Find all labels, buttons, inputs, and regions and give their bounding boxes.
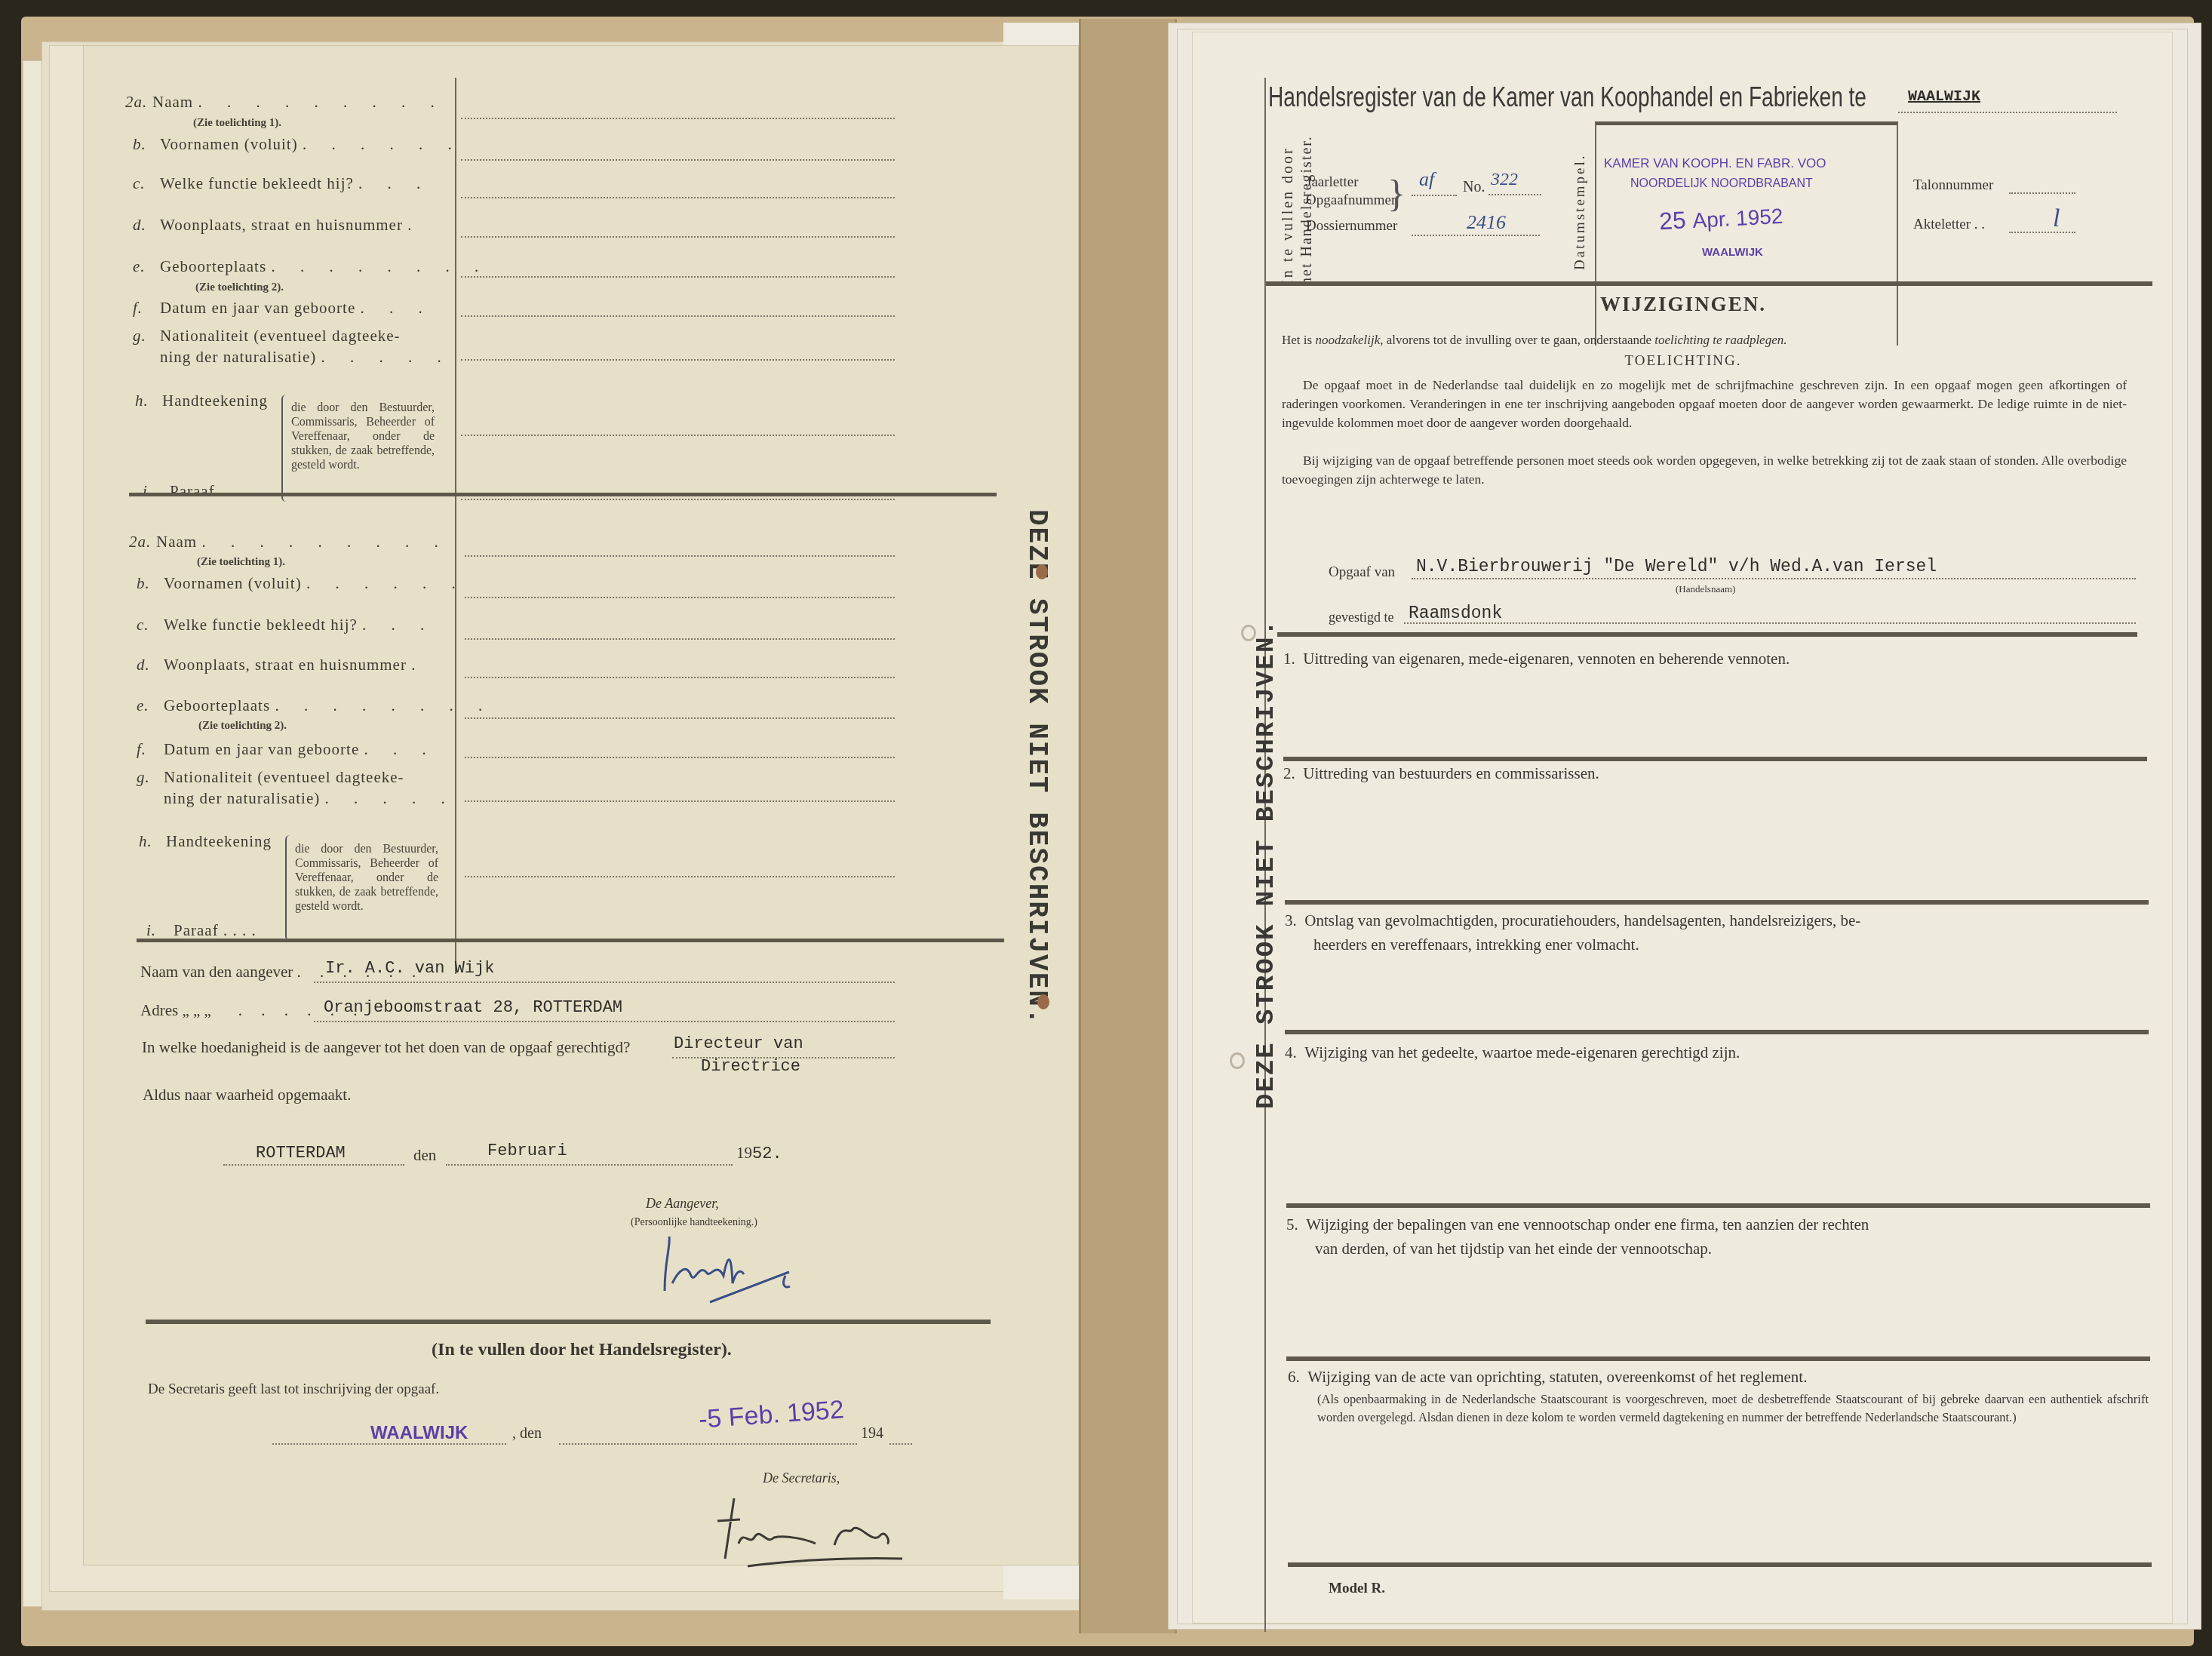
folder-spine <box>1079 19 1177 1633</box>
dossiernummer-line[interactable] <box>1412 235 1540 236</box>
punch-hole <box>1230 1052 1245 1069</box>
field-naam: 2a.Naam . . . . . . . . . <box>129 533 449 551</box>
den-label: den <box>413 1146 436 1165</box>
registry-den: , den <box>512 1425 542 1442</box>
date-stamp: -5 Feb. 1952 <box>698 1395 845 1434</box>
jaarletter-label: Jaarletter <box>1306 174 1359 191</box>
brace-bracket <box>281 395 286 502</box>
registry-year-prefix: 194 <box>861 1425 883 1442</box>
toelichting-paragraph-2: Bij wijziging van de opgaaf betreffende … <box>1282 451 2127 489</box>
field-handteekening: h.Handteekening <box>135 392 268 410</box>
secretary-signature-icon <box>702 1491 929 1574</box>
date-line[interactable] <box>446 1164 733 1166</box>
month-value: Februari <box>487 1141 567 1160</box>
place-stamp: WAALWIJK <box>370 1423 468 1444</box>
field-nationaliteit-cont: ning der naturalisatie) . . . . . <box>160 348 452 367</box>
item-rule <box>1285 1030 2149 1034</box>
dossiernummer-value: 2416 <box>1467 211 1506 234</box>
margin-strip-label-right: DEZE STROOK NIET BESCHRIJVEN. <box>1252 619 1281 1109</box>
dossiernummer-label: Dossiernummer <box>1306 218 1397 235</box>
note-toelichting-2: (Zie toelichting 2). <box>198 720 287 733</box>
stamp-line-1: KAMER VAN KOOPH. EN FABR. VOO <box>1604 156 1826 171</box>
input-line[interactable] <box>465 876 895 877</box>
declarant-address-value: Oranjeboomstraat 28, ROTTERDAM <box>324 998 622 1017</box>
item-6-note: (Als openbaarmaking in de Nederlandsche … <box>1317 1390 2149 1427</box>
item-rule <box>1286 1203 2150 1208</box>
header-city: WAALWIJK <box>1908 88 1980 106</box>
input-line[interactable] <box>465 717 895 719</box>
input-line[interactable] <box>461 118 895 119</box>
stamp-line-2: NOORDELIJK NOORDBRABANT <box>1630 177 1813 191</box>
truth-statement: Aldus naar waarheid opgemaakt. <box>143 1086 351 1105</box>
stamp-date: 25 Apr. 1952 <box>1658 201 1783 236</box>
no-line[interactable] <box>1488 194 1541 195</box>
item-4: 4. Wijziging van het gedeelte, waartoe m… <box>1285 1043 1740 1062</box>
jaarletter-line[interactable] <box>1412 195 1457 196</box>
item-rule <box>1286 1356 2150 1361</box>
field-nationaliteit: g.Nationaliteit (eventueel dagteeke- <box>137 768 404 787</box>
field-paraaf: i.Paraaf . . . . <box>143 482 253 501</box>
capacity-label: In welke hoedanigheid is de aangever tot… <box>142 1038 630 1057</box>
declarant-name-value: Ir. A.C. van Wijk <box>325 959 494 978</box>
field-geboortedatum: f.Datum en jaar van geboorte . . . <box>133 299 433 318</box>
akteletter-line[interactable] <box>2009 232 2075 233</box>
field-woonplaats: d.Woonplaats, straat en huisnummer . <box>137 656 416 674</box>
field-naam: 2a.Naam . . . . . . . . . <box>125 93 445 112</box>
field-geboorteplaats: e.Geboorteplaats . . . . . . . . <box>137 696 493 715</box>
field-nationaliteit: g.Nationaliteit (eventueel dagteeke- <box>133 327 401 346</box>
note-toelichting-1: (Zie toelichting 1). <box>193 117 281 130</box>
gevestigd-value: Raamsdonk <box>1409 604 1502 623</box>
field-woonplaats: d.Woonplaats, straat en huisnummer . <box>133 216 412 235</box>
section-title: WIJZIGINGEN. <box>1193 293 2174 316</box>
place-line[interactable] <box>223 1164 404 1166</box>
input-line[interactable] <box>465 757 895 758</box>
margin-strip-label-left: DEZE STROOK NIET BESCHRIJVEN. <box>1022 509 1052 1026</box>
side-label-1: In te vullen door <box>1280 146 1297 285</box>
field-handteekening: h.Handteekening <box>139 832 272 851</box>
column-divider <box>455 78 456 974</box>
registry-instruction: De Secretaris geeft last tot inschrijvin… <box>148 1381 439 1398</box>
side-label-2: het Handelsregister. <box>1298 135 1316 285</box>
field-voornamen: b.Voornamen (voluit) . . . . . . <box>137 574 466 593</box>
secretary-title: De Secretaris, <box>763 1470 840 1486</box>
block-separator-rule <box>137 939 1004 942</box>
punch-hole <box>1037 994 1049 1009</box>
capacity-value-2: Directrice <box>701 1057 800 1076</box>
brace-bracket <box>285 835 290 941</box>
talonnummer-line[interactable] <box>2009 192 2075 194</box>
stamp-city: WAALWIJK <box>1702 246 1763 259</box>
handwritten-signature-icon <box>634 1230 831 1313</box>
item-3-cont: heerders en vereffenaars, intrekking ene… <box>1313 936 1639 954</box>
akteletter-value: l <box>2053 204 2060 233</box>
input-line[interactable] <box>461 315 895 317</box>
left-form-page: 2a.Naam . . . . . . . . . (Zie toelichti… <box>83 45 1079 1565</box>
item-rule <box>1283 757 2147 761</box>
punch-hole <box>1036 564 1048 579</box>
input-line[interactable] <box>461 359 895 361</box>
input-line[interactable] <box>461 435 895 436</box>
stamp-box-top <box>1595 121 1898 125</box>
item-6: 6. Wijziging van de acte van oprichting,… <box>1288 1368 1807 1387</box>
signer-note: (Persoonlijke handteekening.) <box>631 1217 757 1229</box>
signature-note: die door den Bestuurder, Commissaris, Be… <box>295 842 438 914</box>
input-line[interactable] <box>465 638 895 640</box>
right-form-page: Handelsregister van de Kamer van Koophan… <box>1192 32 2173 1624</box>
brace-icon: } <box>1387 174 1406 212</box>
registry-date-line[interactable] <box>559 1443 857 1445</box>
no-value: 322 <box>1491 170 1518 190</box>
item-5: 5. Wijziging der bepalingen van ene venn… <box>1286 1215 1869 1234</box>
field-functie: c.Welke functie bekleedt hij? . . . <box>133 174 431 193</box>
registry-year-line[interactable] <box>889 1443 912 1445</box>
no-label: No. <box>1463 179 1485 196</box>
item-rule <box>1277 632 2137 637</box>
punch-hole <box>1241 625 1256 641</box>
header-bottom-rule <box>1266 281 2152 286</box>
registry-separator-rule <box>146 1320 991 1324</box>
registry-heading: (In te vullen door het Handelsregister). <box>84 1340 1080 1360</box>
opgaaf-value: N.V.Bierbrouwerij "De Wereld" v/h Wed.A.… <box>1416 557 1937 576</box>
signature-note: die door den Bestuurder, Commissaris, Be… <box>291 401 435 472</box>
field-nationaliteit-cont: ning der naturalisatie) . . . . . <box>164 789 456 808</box>
toelichting-paragraph-1: De opgaaf moet in de Nederlandse taal du… <box>1282 376 2127 432</box>
input-line[interactable] <box>465 677 895 678</box>
talonnummer-label: Talonnummer <box>1913 177 1993 194</box>
declarant-name-line[interactable] <box>314 982 895 983</box>
input-line[interactable] <box>461 276 895 278</box>
input-line[interactable] <box>461 159 895 161</box>
field-paraaf: i.Paraaf . . . . <box>146 921 257 940</box>
intro-line: Het is noodzakelijk, alvorens tot de inv… <box>1282 333 1786 348</box>
item-3: 3. Ontslag van gevolmachtigden, procurat… <box>1285 911 1860 930</box>
item-rule <box>1288 1562 2152 1567</box>
signer-title: De Aangever, <box>646 1196 719 1212</box>
field-functie: c.Welke functie bekleedt hij? . . . <box>137 616 435 634</box>
jaarletter-value: af <box>1419 168 1434 191</box>
input-line[interactable] <box>465 597 895 598</box>
datumstempel-label: Datumstempel. <box>1572 153 1589 270</box>
opgaafnummer-label: Opgaafnummer <box>1306 192 1396 209</box>
note-toelichting-2: (Zie toelichting 2). <box>195 281 284 294</box>
gevestigd-label: gevestigd te <box>1329 610 1393 625</box>
input-line[interactable] <box>465 555 895 557</box>
footer-model-label: Model R. <box>1329 1581 1385 1597</box>
field-geboorteplaats: e.Geboorteplaats . . . . . . . . <box>133 257 489 276</box>
input-line[interactable] <box>461 499 895 500</box>
handelsnaam-note: (Handelsnaam) <box>1676 583 1735 595</box>
gevestigd-line[interactable] <box>1404 622 2136 624</box>
declarant-address-line[interactable] <box>314 1021 895 1022</box>
input-line[interactable] <box>461 236 895 238</box>
place-value: ROTTERDAM <box>256 1144 346 1163</box>
item-1: 1. Uittreding van eigenaren, mede-eigena… <box>1283 650 1790 668</box>
block-separator-rule <box>129 493 997 496</box>
year-field: 1952. <box>736 1144 782 1163</box>
toelichting-title: TOELICHTING. <box>1193 353 2174 370</box>
opgaaf-line[interactable] <box>1412 578 2136 579</box>
akteletter-label: Akteletter . . <box>1913 217 1985 233</box>
item-rule <box>1285 900 2149 905</box>
header-title: Handelsregister van de Kamer van Koophan… <box>1268 81 1866 113</box>
item-2: 2. Uittreding van bestuurders en commiss… <box>1283 764 1599 783</box>
note-toelichting-1: (Zie toelichting 1). <box>197 556 285 569</box>
item-5-cont: van derden, of van het tijdstip van het … <box>1315 1240 1712 1258</box>
opgaaf-label: Opgaaf van <box>1329 564 1395 581</box>
field-geboortedatum: f.Datum en jaar van geboorte . . . <box>137 740 437 759</box>
input-line[interactable] <box>465 800 895 802</box>
capacity-value-1: Directeur van <box>674 1034 803 1053</box>
field-voornamen: b.Voornamen (voluit) . . . . . . <box>133 135 462 154</box>
city-line[interactable] <box>1898 112 2117 113</box>
input-line[interactable] <box>461 197 895 198</box>
